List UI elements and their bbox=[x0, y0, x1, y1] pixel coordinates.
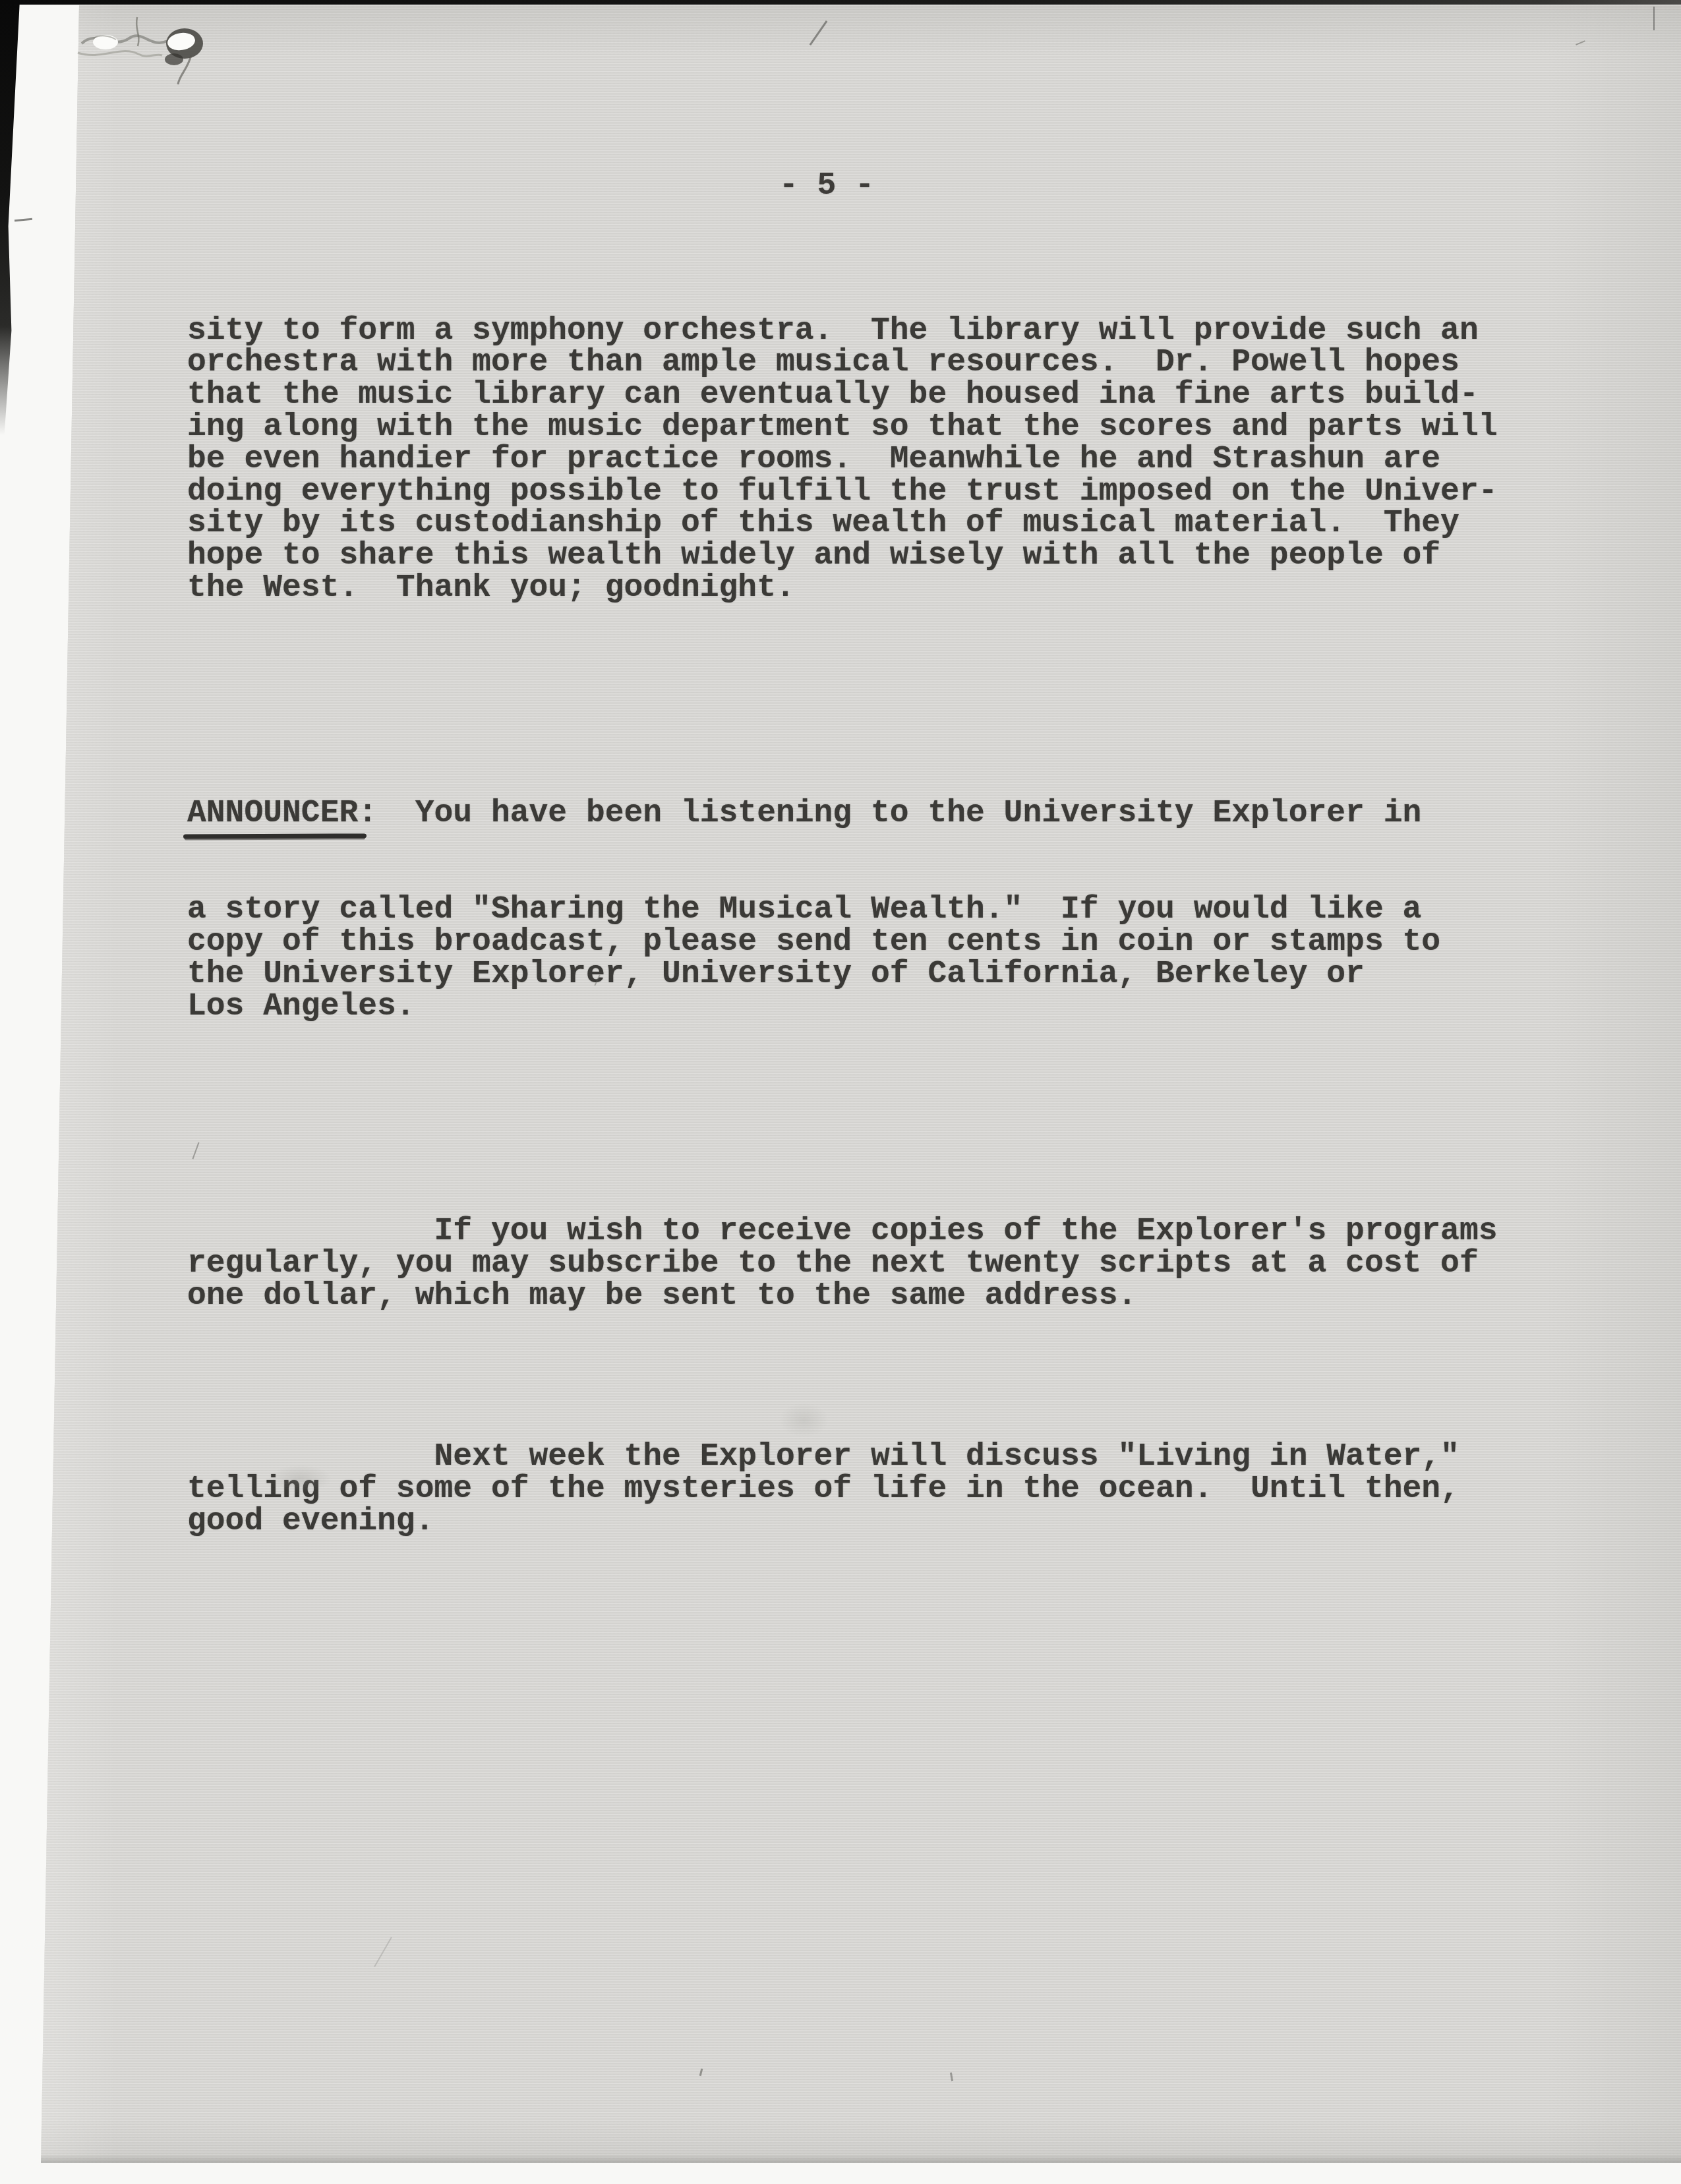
scanned-document-page: - 5 - sity to form a symphony orchestra.… bbox=[0, 0, 1681, 2184]
paragraph-announcer-lines: a story called "Sharing the Musical Weal… bbox=[187, 894, 1498, 1022]
stain-smudge bbox=[74, 9, 229, 95]
scan-faint-smudge bbox=[779, 1403, 829, 1437]
text-line: doing everything possible to fulfill the… bbox=[187, 476, 1498, 508]
scan-pencil-dash bbox=[15, 218, 32, 221]
paragraph-announcer: ANNOUNCER: You have been listening to th… bbox=[187, 733, 1498, 1087]
paragraph-subscription: If you wish to receive copies of the Exp… bbox=[187, 1216, 1498, 1312]
text-line: the West. Thank you; goodnight. bbox=[187, 572, 1498, 605]
text-line: sity to form a symphony orchestra. The l… bbox=[187, 315, 1498, 347]
text-line: ing along with the music department so t… bbox=[187, 411, 1498, 444]
text-line: that the music library can eventually be… bbox=[187, 379, 1498, 411]
paragraph-script-continuation: sity to form a symphony orchestra. The l… bbox=[187, 315, 1498, 605]
text-line: the University Explorer, University of C… bbox=[187, 959, 1498, 991]
text-line: Next week the Explorer will discuss "Liv… bbox=[187, 1441, 1498, 1473]
text-line: telling of some of the mysteries of life… bbox=[187, 1473, 1498, 1506]
text-line: regularly, you may subscribe to the next… bbox=[187, 1248, 1498, 1280]
paper-bottom-edge-shade bbox=[40, 2154, 1681, 2163]
typewritten-text-block: sity to form a symphony orchestra. The l… bbox=[187, 251, 1498, 1602]
scan-left-edge bbox=[0, 0, 20, 435]
page-number: - 5 - bbox=[779, 170, 874, 202]
text-line: If you wish to receive copies of the Exp… bbox=[187, 1216, 1498, 1248]
text-line: ANNOUNCER: You have been listening to th… bbox=[187, 798, 1498, 830]
paper-sheet: - 5 - sity to form a symphony orchestra.… bbox=[0, 0, 1681, 2184]
text-line: good evening. bbox=[187, 1506, 1498, 1538]
paper-left-edge-crease bbox=[39, 5, 79, 2163]
announcer-first-line-text: You have been listening to the Universit… bbox=[377, 796, 1421, 831]
text-line: copy of this broadcast, please send ten … bbox=[187, 926, 1498, 959]
text-line: be even handier for practice rooms. Mean… bbox=[187, 444, 1498, 476]
paragraph-next-week-closing: Next week the Explorer will discuss "Liv… bbox=[187, 1441, 1498, 1537]
text-line: orchestra with more than ample musical r… bbox=[187, 347, 1498, 379]
scan-scratch bbox=[1653, 7, 1655, 30]
text-line: one dollar, which may be sent to the sam… bbox=[187, 1280, 1498, 1313]
text-line: sity by its custodianship of this wealth… bbox=[187, 508, 1498, 540]
text-line: hope to share this wealth widely and wis… bbox=[187, 540, 1498, 572]
text-line: Los Angeles. bbox=[187, 991, 1498, 1023]
scan-top-edge bbox=[0, 0, 1681, 5]
announcer-label: ANNOUNCER: bbox=[187, 798, 377, 830]
text-line: a story called "Sharing the Musical Weal… bbox=[187, 894, 1498, 926]
scan-faint-smudge bbox=[269, 1465, 332, 1492]
